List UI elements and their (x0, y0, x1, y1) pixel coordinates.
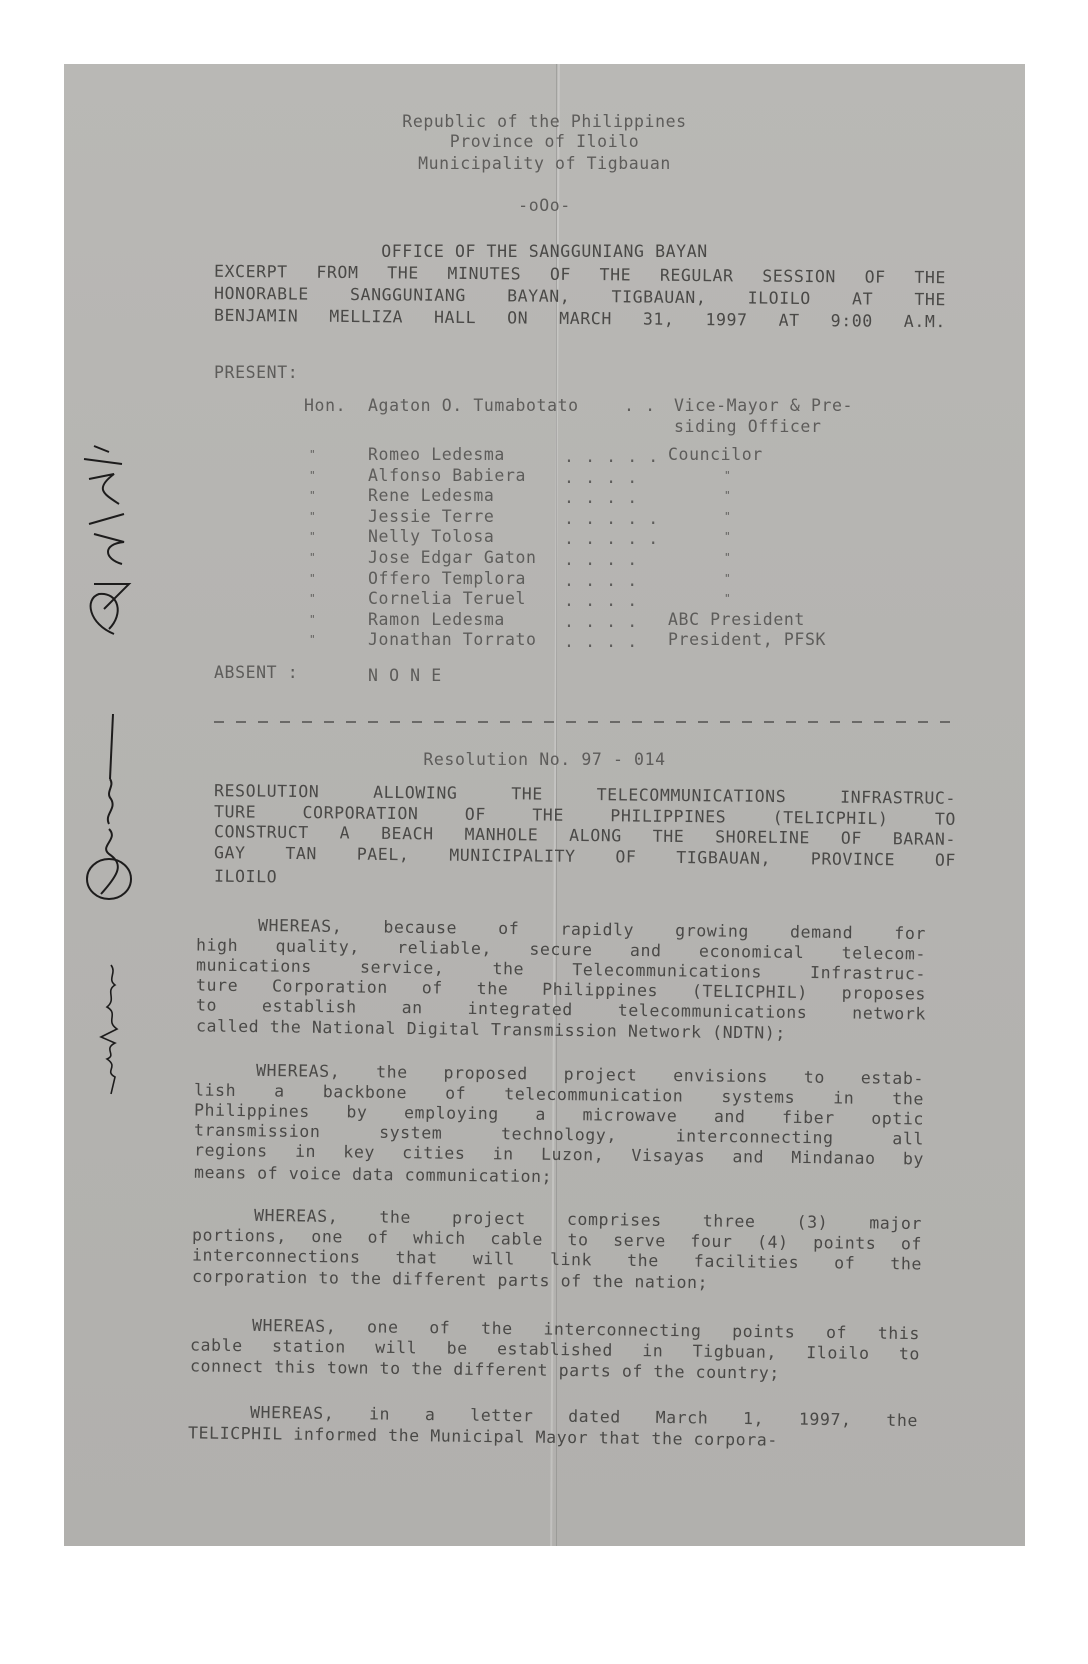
ditto-mark: " (309, 593, 316, 604)
signature-1 (74, 434, 144, 644)
header-province: Province of Iloilo (64, 134, 1025, 151)
member-name: Cornelia Teruel (368, 591, 526, 608)
member-role: " (724, 573, 731, 584)
initials-3 (89, 959, 129, 1099)
resolution-number: Resolution No. 97 - 014 (64, 752, 1025, 769)
resolution-title-line: GAY TAN PAEL, MUNICIPALITY OF TIGBAUAN, … (214, 845, 956, 869)
member-role: Councilor (668, 447, 763, 464)
member-name: Jose Edgar Gaton (368, 550, 537, 567)
presiding-leader: . . (624, 398, 656, 415)
member-leader: . . . . (564, 593, 638, 610)
header-municipality: Municipality of Tigbauan (64, 156, 1025, 173)
ditto-mark: " (309, 449, 316, 460)
presiding-prefix: Hon. (304, 398, 346, 415)
member-name: Offero Templora (368, 571, 526, 588)
member-leader: . . . . . (564, 511, 659, 528)
member-role: " (724, 531, 731, 542)
resolution-title-line: ILOILO (214, 869, 277, 886)
member-role: " (724, 490, 731, 501)
presiding-role-line2: siding Officer (674, 419, 821, 436)
member-name: Nelly Tolosa (368, 529, 494, 546)
whereas-line: connect this town to the different parts… (190, 1358, 780, 1382)
member-role: " (724, 552, 731, 563)
ditto-mark: " (309, 531, 316, 542)
whereas-line: called the National Digital Transmission… (196, 1018, 786, 1042)
member-leader: . . . . (564, 634, 638, 651)
ditto-mark: " (309, 511, 316, 522)
whereas-line: TELICPHIL informed the Municipal Mayor t… (188, 1425, 778, 1449)
member-leader: . . . . (564, 573, 638, 590)
office-title: OFFICE OF THE SANGGUNIANG BAYAN (64, 244, 1025, 261)
ditto-mark: " (309, 573, 316, 584)
whereas-line: corporation to the different parts of th… (192, 1269, 708, 1292)
member-name: Romeo Ledesma (368, 447, 505, 464)
member-leader: . . . . (564, 614, 638, 631)
absent-label: ABSENT : (214, 665, 298, 682)
ditto-mark: " (309, 490, 316, 501)
member-name: Jessie Terre (368, 509, 494, 526)
member-role: " (724, 593, 731, 604)
signature-2 (79, 704, 139, 904)
excerpt-line: EXCERPT FROM THE MINUTES OF THE REGULAR … (214, 264, 946, 287)
member-role: ABC President (668, 612, 805, 629)
member-role: President, PFSK (668, 632, 826, 649)
document-page: Republic of the Philippines Province of … (64, 64, 1025, 1546)
member-leader: . . . . (564, 552, 638, 569)
excerpt-line: HONORABLE SANGGUNIANG BAYAN, TIGBAUAN, I… (214, 286, 946, 309)
header-ornament: -oOo- (64, 198, 1025, 215)
ditto-mark: " (309, 614, 316, 625)
section-divider (214, 721, 954, 723)
whereas-line: means of voice data communication; (194, 1165, 552, 1186)
excerpt-line: BENJAMIN MELLIZA HALL ON MARCH 31, 1997 … (214, 308, 946, 331)
presiding-name: Agaton O. Tumabotato (368, 398, 579, 415)
presiding-role-line1: Vice-Mayor & Pre- (674, 398, 853, 415)
ditto-mark: " (309, 634, 316, 645)
member-leader: . . . . (564, 470, 638, 487)
member-role: " (724, 511, 731, 522)
member-leader: . . . . . (564, 449, 659, 466)
member-name: Ramon Ledesma (368, 612, 505, 629)
absent-value: N O N E (368, 668, 442, 685)
present-label: PRESENT: (214, 365, 298, 382)
member-role: " (724, 470, 731, 481)
member-name: Jonathan Torrato (368, 632, 537, 649)
member-name: Alfonso Babiera (368, 468, 526, 485)
ditto-mark: " (309, 552, 316, 563)
member-leader: . . . . . (564, 531, 659, 548)
member-leader: . . . . (564, 490, 638, 507)
member-name: Rene Ledesma (368, 488, 494, 505)
header-republic: Republic of the Philippines (64, 114, 1025, 131)
ditto-mark: " (309, 470, 316, 481)
